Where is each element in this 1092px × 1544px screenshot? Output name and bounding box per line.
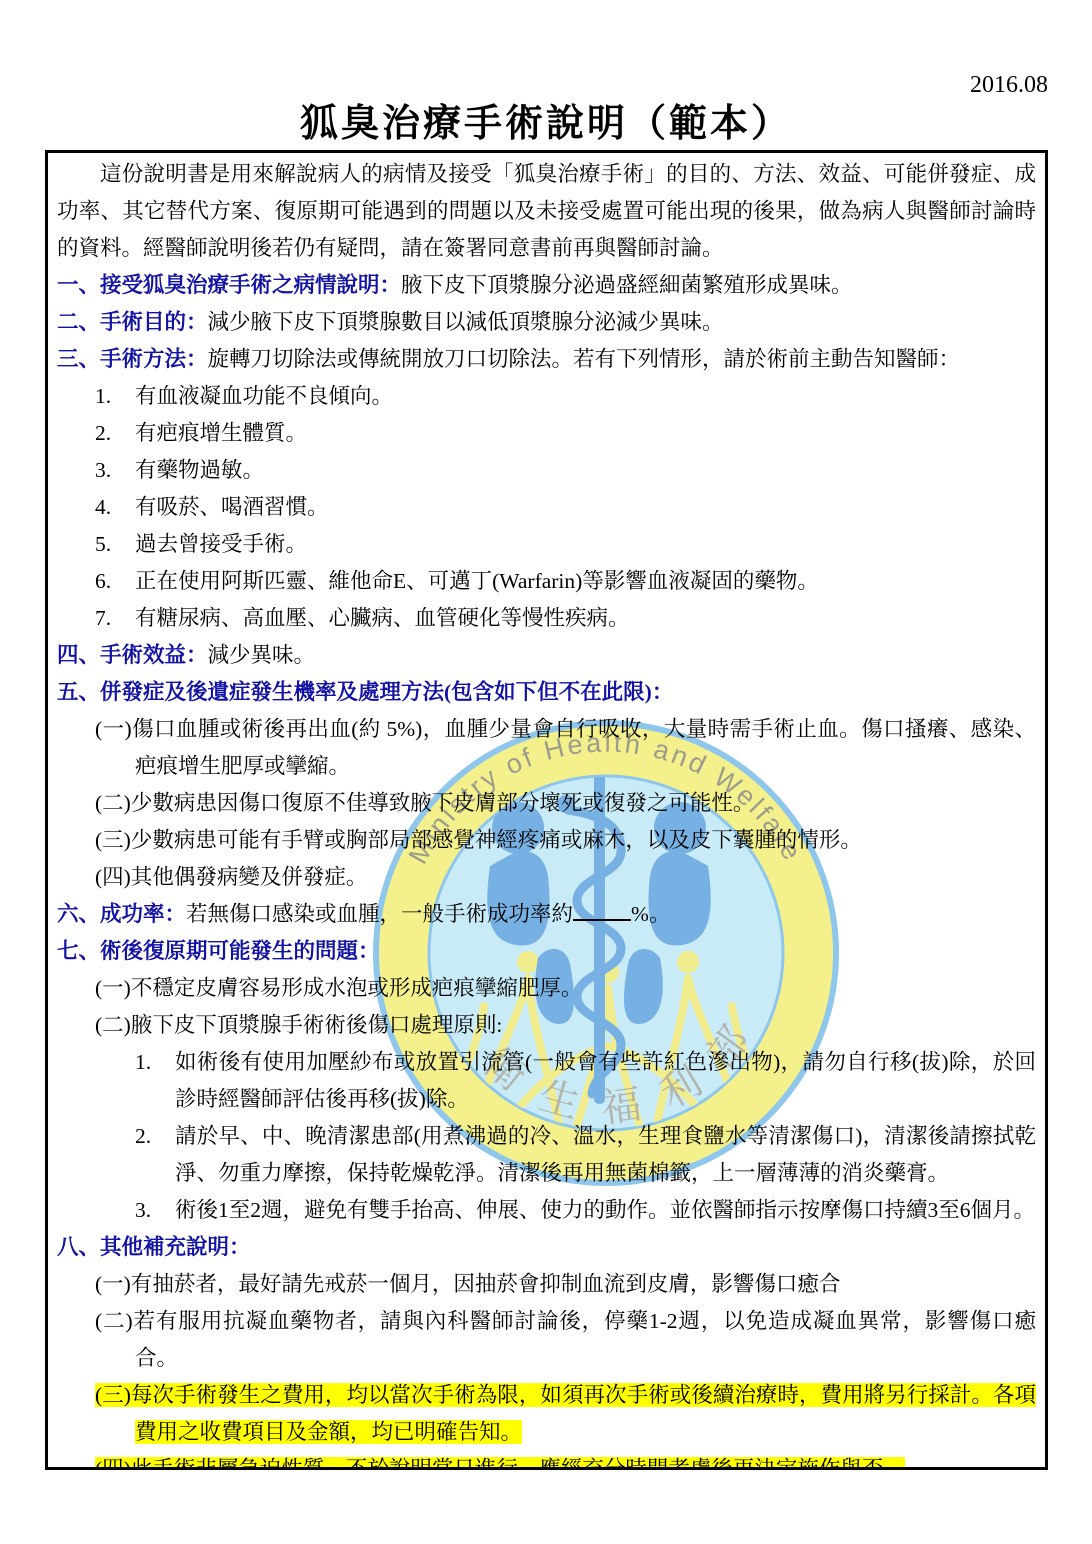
sub-marker: (三)	[95, 828, 131, 852]
section-1: 一、接受狐臭治療手術之病情說明：腋下皮下頂漿腺分泌過盛經細菌繁殖形成異味。	[57, 267, 1036, 304]
section-heading: 成功率：	[100, 902, 186, 926]
sub-marker: (一)	[95, 717, 132, 741]
list-item: 3.有藥物過敏。	[57, 452, 1036, 489]
list-marker: 3.	[95, 452, 135, 489]
list-marker: 6.	[95, 563, 135, 600]
section-text: 旋轉刀切除法或傳統開放刀口切除法。若有下列情形，請於術前主動告知醫師：	[208, 347, 961, 371]
section-text: 減少異味。	[208, 643, 316, 667]
sub-item: (三)少數病患可能有手臂或胸部局部感覺神經疼痛或麻木，以及皮下囊腫的情形。	[57, 822, 1036, 859]
section-4: 四、手術效益：減少異味。	[57, 637, 1036, 674]
sub-marker: (二)	[95, 1013, 131, 1037]
sub-item: (二)少數病患因傷口復原不佳導致腋下皮膚部分壞死或復發之可能性。	[57, 785, 1036, 822]
section-number: 八、	[57, 1229, 100, 1266]
section-text: 減少腋下皮下頂漿腺數目以減低頂漿腺分泌減少異味。	[208, 310, 724, 334]
list-item: 7.有糖尿病、高血壓、心臟病、血管硬化等慢性疾病。	[57, 600, 1036, 637]
sub-marker: (三)	[95, 1383, 131, 1407]
section-heading: 術後復原期可能發生的問題：	[100, 939, 380, 963]
sub-text: 有抽菸者，最好請先戒菸一個月，因抽菸會抑制血流到皮膚，影響傷口癒合	[131, 1272, 841, 1296]
step-item: 3.術後1至2週，避免有雙手抬高、伸展、使力的動作。並依醫師指示按摩傷口持續3至…	[57, 1192, 1036, 1229]
list-text: 有疤痕增生體質。	[135, 415, 1036, 452]
list-item: 4.有吸菸、喝酒習慣。	[57, 489, 1036, 526]
sub-text: 此手術非屬急迫性質，不於說明當日進行，應經充分時間考慮後再決定施作與否。	[131, 1457, 905, 1470]
section-heading: 併發症及後遺症發生機率及處理方法(包含如下但不在此限)：	[100, 680, 673, 704]
section-heading: 手術效益：	[100, 643, 208, 667]
list-marker: 1.	[95, 378, 135, 415]
list-marker: 4.	[95, 489, 135, 526]
section-2: 二、手術目的：減少腋下皮下頂漿腺數目以減低頂漿腺分泌減少異味。	[57, 304, 1036, 341]
sub-text: 若有服用抗凝血藥物者，請與內科醫師討論後，停藥1-2週，以免造成凝血異常，影響傷…	[133, 1309, 1036, 1370]
sub-item-highlighted: (三)每次手術發生之費用，均以當次手術為限，如須再次手術或後續治療時，費用將另行…	[57, 1377, 1036, 1451]
list-item: 6.正在使用阿斯匹靈、維他命E、可邁丁(Warfarin)等影響血液凝固的藥物。	[57, 563, 1036, 600]
sub-text: 少數病患因傷口復原不佳導致腋下皮膚部分壞死或復發之可能性。	[131, 791, 755, 815]
section-heading: 其他補充說明：	[100, 1235, 251, 1259]
section-number: 六、	[57, 896, 100, 933]
step-marker: 1.	[135, 1044, 175, 1118]
section-number: 五、	[57, 674, 100, 711]
section-6: 六、成功率：若無傷口感染或血腫，一般手術成功率約%。	[57, 896, 1036, 933]
sub-item: (二)若有服用抗凝血藥物者，請與內科醫師討論後，停藥1-2週，以免造成凝血異常，…	[57, 1303, 1036, 1377]
list-item: 5.過去曾接受手術。	[57, 526, 1036, 563]
success-rate-blank-field[interactable]	[573, 914, 631, 921]
sub-marker: (一)	[95, 1272, 131, 1296]
sub-item-highlighted: (四)此手術非屬急迫性質，不於說明當日進行，應經充分時間考慮後再決定施作與否。	[57, 1451, 1036, 1470]
list-text: 有吸菸、喝酒習慣。	[135, 489, 1036, 526]
section-7: 七、術後復原期可能發生的問題：	[57, 933, 1036, 970]
list-marker: 7.	[95, 600, 135, 637]
section-text: 若無傷口感染或血腫，一般手術成功率約	[186, 902, 573, 926]
list-marker: 5.	[95, 526, 135, 563]
sub-item: (四)其他偶發病變及併發症。	[57, 859, 1036, 896]
sub-marker: (四)	[95, 1457, 131, 1470]
step-marker: 3.	[135, 1192, 175, 1229]
list-item: 1.有血液凝血功能不良傾向。	[57, 378, 1036, 415]
step-text: 術後1至2週，避免有雙手抬高、伸展、使力的動作。並依醫師指示按摩傷口持續3至6個…	[175, 1192, 1036, 1229]
sub-marker: (四)	[95, 865, 131, 889]
sub-text: 腋下皮下頂漿腺手術術後傷口處理原則:	[131, 1013, 502, 1037]
section-8: 八、其他補充說明：	[57, 1229, 1036, 1266]
section-text: 腋下皮下頂漿腺分泌過盛經細菌繁殖形成異味。	[401, 273, 853, 297]
list-text: 有藥物過敏。	[135, 452, 1036, 489]
section-number: 七、	[57, 933, 100, 970]
sub-item: (一)傷口血腫或術後再出血(約 5%)，血腫少量會自行吸收，大量時需手術止血。傷…	[57, 711, 1036, 785]
sub-text: 每次手術發生之費用，均以當次手術為限，如須再次手術或後續治療時，費用將另行採計。…	[131, 1383, 1036, 1444]
section-heading: 手術方法：	[100, 347, 208, 371]
sub-item: (二)腋下皮下頂漿腺手術術後傷口處理原則:	[57, 1007, 1036, 1044]
section-number: 四、	[57, 637, 100, 674]
content-box: Ministry of Health and Welfare 衛 生 福 利 部…	[45, 150, 1048, 1470]
section-3: 三、手術方法：旋轉刀切除法或傳統開放刀口切除法。若有下列情形，請於術前主動告知醫…	[57, 341, 1036, 378]
step-item: 1.如術後有使用加壓紗布或放置引流管(一般會有些許紅色滲出物)，請勿自行移(拔)…	[57, 1044, 1036, 1118]
sub-item: (一)有抽菸者，最好請先戒菸一個月，因抽菸會抑制血流到皮膚，影響傷口癒合	[57, 1266, 1036, 1303]
step-marker: 2.	[135, 1118, 175, 1192]
sub-text: 其他偶發病變及併發症。	[131, 865, 368, 889]
page-title: 狐臭治療手術說明（範本）	[0, 92, 1092, 147]
section-5: 五、併發症及後遺症發生機率及處理方法(包含如下但不在此限)：	[57, 674, 1036, 711]
intro-paragraph: 這份說明書是用來解說病人的病情及接受「狐臭治療手術」的目的、方法、效益、可能併發…	[57, 156, 1036, 267]
section-number: 二、	[57, 304, 100, 341]
section-heading: 接受狐臭治療手術之病情說明：	[100, 273, 401, 297]
list-text: 有糖尿病、高血壓、心臟病、血管硬化等慢性疾病。	[135, 600, 1036, 637]
step-item: 2.請於早、中、晚清潔患部(用煮沸過的冷、溫水，生理食鹽水等清潔傷口)，清潔後請…	[57, 1118, 1036, 1192]
sub-text: 不穩定皮膚容易形成水泡或形成疤痕攣縮肥厚。	[131, 976, 583, 1000]
sub-item: (一)不穩定皮膚容易形成水泡或形成疤痕攣縮肥厚。	[57, 970, 1036, 1007]
section-heading: 手術目的：	[100, 310, 208, 334]
sub-marker: (二)	[95, 791, 131, 815]
list-marker: 2.	[95, 415, 135, 452]
sub-marker: (二)	[95, 1309, 133, 1333]
section-number: 一、	[57, 267, 100, 304]
list-text: 有血液凝血功能不良傾向。	[135, 378, 1036, 415]
document-content: 這份說明書是用來解說病人的病情及接受「狐臭治療手術」的目的、方法、效益、可能併發…	[57, 156, 1036, 1470]
section-number: 三、	[57, 341, 100, 378]
sub-text: 傷口血腫或術後再出血(約 5%)，血腫少量會自行吸收，大量時需手術止血。傷口搔癢…	[132, 717, 1036, 778]
sub-text: 少數病患可能有手臂或胸部局部感覺神經疼痛或麻木，以及皮下囊腫的情形。	[131, 828, 862, 852]
list-text: 正在使用阿斯匹靈、維他命E、可邁丁(Warfarin)等影響血液凝固的藥物。	[135, 563, 1036, 600]
sub-marker: (一)	[95, 976, 131, 1000]
step-text: 如術後有使用加壓紗布或放置引流管(一般會有些許紅色滲出物)，請勿自行移(拔)除，…	[175, 1044, 1036, 1118]
list-text: 過去曾接受手術。	[135, 526, 1036, 563]
section-text: %。	[631, 902, 670, 926]
highlighted-clause: (三)每次手術發生之費用，均以當次手術為限，如須再次手術或後續治療時，費用將另行…	[95, 1383, 1036, 1444]
step-text: 請於早、中、晚清潔患部(用煮沸過的冷、溫水，生理食鹽水等清潔傷口)，清潔後請擦拭…	[175, 1118, 1036, 1192]
highlighted-clause: (四)此手術非屬急迫性質，不於說明當日進行，應經充分時間考慮後再決定施作與否。	[95, 1457, 905, 1470]
list-item: 2.有疤痕增生體質。	[57, 415, 1036, 452]
